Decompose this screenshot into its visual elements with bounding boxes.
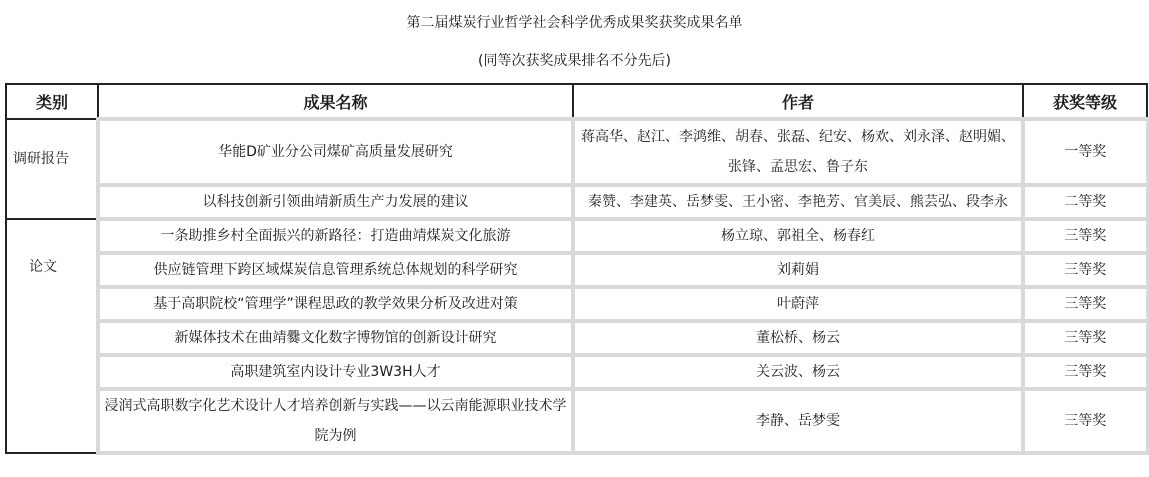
category-label: 论文 bbox=[29, 252, 57, 282]
category-cell: 调研报告 bbox=[6, 119, 98, 219]
title-cell: 高职建筑室内设计专业3W3H人才 bbox=[98, 355, 573, 389]
level-cell: 三等奖 bbox=[1023, 253, 1147, 287]
title-cell: 新媒体技术在曲靖爨文化数字博物馆的创新设计研究 bbox=[98, 321, 573, 355]
authors-cell: 李静、岳梦雯 bbox=[573, 389, 1023, 453]
level-cell: 三等奖 bbox=[1023, 355, 1147, 389]
title-cell: 浸润式高职数字化艺术设计人才培养创新与实践——以云南能源职业技术学院为例 bbox=[98, 389, 573, 453]
level-cell: 二等奖 bbox=[1023, 185, 1147, 219]
category-label: 调研报告 bbox=[13, 144, 69, 174]
category-cell: 论文 bbox=[6, 219, 98, 453]
authors-cell: 杨立琼、郭祖全、杨春红 bbox=[573, 219, 1023, 253]
title-cell: 以科技创新引领曲靖新质生产力发展的建议 bbox=[98, 185, 573, 219]
document-title: 第二届煤炭行业哲学社会科学优秀成果奖获奖成果名单 bbox=[0, 13, 1149, 33]
level-cell: 三等奖 bbox=[1023, 219, 1147, 253]
document-subtitle: (同等次获奖成果排名不分先后) bbox=[0, 51, 1149, 71]
awards-table: 类别 成果名称 作者 获奖等级 调研报告 华能D矿业分公司煤矿高质量发展研究 蒋… bbox=[5, 83, 1149, 455]
header-authors: 作者 bbox=[573, 84, 1023, 119]
table-header-row: 类别 成果名称 作者 获奖等级 bbox=[6, 84, 1147, 119]
table-row: 新媒体技术在曲靖爨文化数字博物馆的创新设计研究 董松桥、杨云 三等奖 bbox=[6, 321, 1147, 355]
level-cell: 三等奖 bbox=[1023, 287, 1147, 321]
table-row: 浸润式高职数字化艺术设计人才培养创新与实践——以云南能源职业技术学院为例 李静、… bbox=[6, 389, 1147, 453]
authors-cell: 董松桥、杨云 bbox=[573, 321, 1023, 355]
header-level: 获奖等级 bbox=[1023, 84, 1147, 119]
table-row: 调研报告 华能D矿业分公司煤矿高质量发展研究 蒋高华、赵江、李鸿维、胡春、张磊、… bbox=[6, 119, 1147, 185]
table-row: 论文 一条助推乡村全面振兴的新路径：打造曲靖煤炭文化旅游 杨立琼、郭祖全、杨春红… bbox=[6, 219, 1147, 253]
level-cell: 三等奖 bbox=[1023, 389, 1147, 453]
authors-cell: 刘莉娟 bbox=[573, 253, 1023, 287]
title-cell: 华能D矿业分公司煤矿高质量发展研究 bbox=[98, 119, 573, 185]
level-cell: 一等奖 bbox=[1023, 119, 1147, 185]
header-category: 类别 bbox=[6, 84, 98, 119]
title-cell: 供应链管理下跨区域煤炭信息管理系统总体规划的科学研究 bbox=[98, 253, 573, 287]
title-cell: 基于高职院校“管理学”课程思政的教学效果分析及改进对策 bbox=[98, 287, 573, 321]
table-row: 以科技创新引领曲靖新质生产力发展的建议 秦赞、李建英、岳梦雯、王小密、李艳芳、官… bbox=[6, 185, 1147, 219]
table-row: 高职建筑室内设计专业3W3H人才 关云波、杨云 三等奖 bbox=[6, 355, 1147, 389]
level-cell: 三等奖 bbox=[1023, 321, 1147, 355]
authors-cell: 叶蔚萍 bbox=[573, 287, 1023, 321]
header-title: 成果名称 bbox=[98, 84, 573, 119]
authors-cell: 蒋高华、赵江、李鸿维、胡春、张磊、纪安、杨欢、刘永泽、赵明媚、张锋、孟思宏、鲁子… bbox=[573, 119, 1023, 185]
authors-cell: 关云波、杨云 bbox=[573, 355, 1023, 389]
table-row: 基于高职院校“管理学”课程思政的教学效果分析及改进对策 叶蔚萍 三等奖 bbox=[6, 287, 1147, 321]
title-cell: 一条助推乡村全面振兴的新路径：打造曲靖煤炭文化旅游 bbox=[98, 219, 573, 253]
authors-cell: 秦赞、李建英、岳梦雯、王小密、李艳芳、官美辰、熊芸弘、段李永 bbox=[573, 185, 1023, 219]
table-row: 供应链管理下跨区域煤炭信息管理系统总体规划的科学研究 刘莉娟 三等奖 bbox=[6, 253, 1147, 287]
